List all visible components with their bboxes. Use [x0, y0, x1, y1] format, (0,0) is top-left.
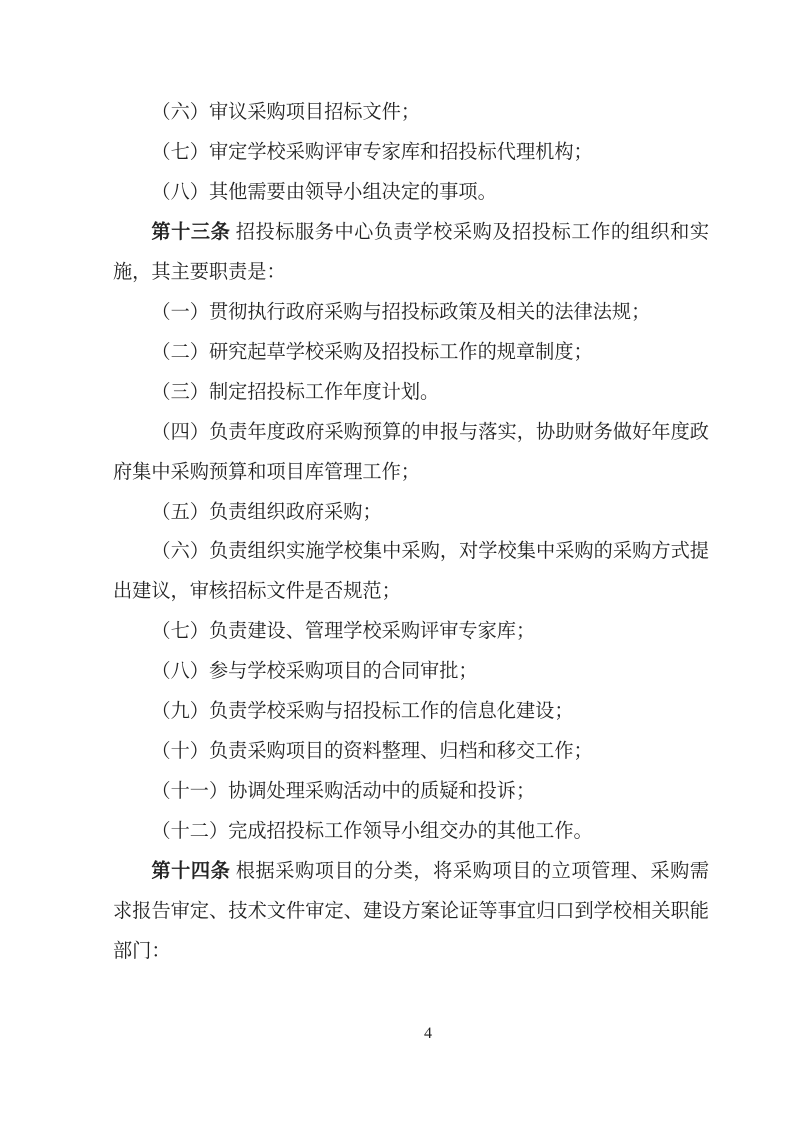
- paragraph: （九）负责学校采购与招投标工作的信息化建设；: [113, 692, 709, 732]
- article-number: 第十三条: [151, 222, 230, 243]
- paragraph: （五）负责组织政府采购；: [113, 493, 709, 533]
- text-run: （五）负责组织政府采购；: [151, 502, 381, 523]
- text-run: （七）审定学校采购评审专家库和招投标代理机构；: [151, 142, 592, 163]
- paragraph: （一）贯彻执行政府采购与招投标政策及相关的法律法规；: [113, 293, 709, 333]
- text-run: （六）审议采购项目招标文件；: [151, 102, 420, 123]
- text-run: （八）参与学校采购项目的合同审批；: [151, 661, 477, 682]
- text-run: （六）负责组织实施学校集中采购，对学校集中采购的采购方式提出建议，审核招标文件是…: [113, 541, 709, 602]
- paragraph: （八）参与学校采购项目的合同审批；: [113, 652, 709, 692]
- paragraph: （三）制定招投标工作年度计划。: [113, 373, 709, 413]
- text-run: （八）其他需要由领导小组决定的事项。: [151, 182, 496, 203]
- text-run: （十二）完成招投标工作领导小组交办的其他工作。: [151, 821, 592, 842]
- paragraph: （七）负责建设、管理学校采购评审专家库；: [113, 612, 709, 652]
- page-number: 4: [424, 1024, 432, 1044]
- paragraph: （十二）完成招投标工作领导小组交办的其他工作。: [113, 812, 709, 852]
- text-run: （三）制定招投标工作年度计划。: [151, 382, 439, 403]
- text-run: （十一）协调处理采购活动中的质疑和投诉；: [151, 781, 535, 802]
- paragraph: （二）研究起草学校采购及招投标工作的规章制度；: [113, 333, 709, 373]
- article-number: 第十四条: [151, 861, 230, 882]
- paragraph: 第十三条 招投标服务中心负责学校采购及招投标工作的组织和实施，其主要职责是：: [113, 213, 709, 293]
- paragraph: （八）其他需要由领导小组决定的事项。: [113, 173, 709, 213]
- text-run: （十）负责采购项目的资料整理、归档和移交工作；: [151, 741, 592, 762]
- paragraph: （十）负责采购项目的资料整理、归档和移交工作；: [113, 732, 709, 772]
- text-run: （七）负责建设、管理学校采购评审专家库；: [151, 621, 535, 642]
- paragraph: （六）负责组织实施学校集中采购，对学校集中采购的采购方式提出建议，审核招标文件是…: [113, 532, 709, 612]
- paragraph: （十一）协调处理采购活动中的质疑和投诉；: [113, 772, 709, 812]
- document-body: （六）审议采购项目招标文件；（七）审定学校采购评审专家库和招投标代理机构；（八）…: [113, 93, 709, 972]
- text-run: （九）负责学校采购与招投标工作的信息化建设；: [151, 701, 573, 722]
- text-run: （四）负责年度政府采购预算的申报与落实，协助财务做好年度政府集中采购预算和项目库…: [113, 422, 709, 483]
- paragraph: （四）负责年度政府采购预算的申报与落实，协助财务做好年度政府集中采购预算和项目库…: [113, 413, 709, 493]
- document-page: （六）审议采购项目招标文件；（七）审定学校采购评审专家库和招投标代理机构；（八）…: [0, 0, 793, 1122]
- text-run: （一）贯彻执行政府采购与招投标政策及相关的法律法规；: [151, 302, 650, 323]
- text-run: （二）研究起草学校采购及招投标工作的规章制度；: [151, 342, 592, 363]
- paragraph: （六）审议采购项目招标文件；: [113, 93, 709, 133]
- paragraph: 第十四条 根据采购项目的分类，将采购项目的立项管理、采购需求报告审定、技术文件审…: [113, 852, 709, 972]
- paragraph: （七）审定学校采购评审专家库和招投标代理机构；: [113, 133, 709, 173]
